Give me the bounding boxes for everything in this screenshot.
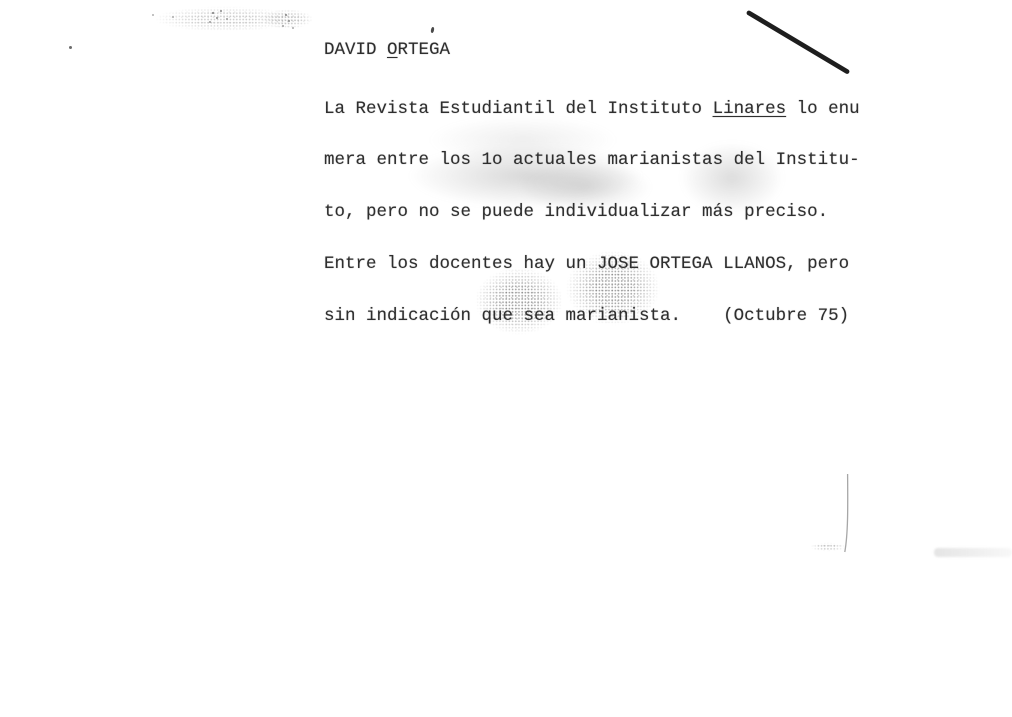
text-segment: DAVID	[324, 40, 387, 60]
document-paragraph: La Revista Estudiantil del Instituto Lin…	[324, 66, 860, 360]
text-segment-underlined: O	[387, 40, 398, 60]
text-segment: mera entre los 1o actuales marianistas d…	[324, 150, 860, 170]
typewritten-text-block: DAVID ORTEGA La Revista Estudiantil del …	[324, 41, 860, 360]
stray-ink-dot	[69, 46, 72, 49]
stray-ink-dots	[212, 12, 214, 14]
text-segment: lo enu	[786, 99, 860, 119]
stray-ink-mark	[430, 27, 434, 33]
text-segment: to, pero no se puede individualizar más …	[324, 202, 828, 222]
scan-edge-smudge	[934, 548, 1012, 557]
paragraph-line: mera entre los 1o actuales marianistas d…	[324, 152, 860, 169]
text-segment-underlined: Linares	[713, 99, 787, 119]
document-title: DAVID ORTEGA	[324, 41, 860, 59]
text-segment: La Revista Estudiantil del Instituto	[324, 99, 713, 119]
paragraph-line: Entre los docentes hay un JOSE ORTEGA LL…	[324, 256, 860, 273]
scanned-document-page: DAVID ORTEGA La Revista Estudiantil del …	[0, 0, 1012, 717]
paragraph-line: sin indicación que sea marianista. (Octu…	[324, 308, 860, 325]
text-segment: RTEGA	[398, 40, 451, 60]
text-segment: sin indicación que sea marianista. (Octu…	[324, 306, 849, 326]
speckle-smudge	[252, 6, 322, 32]
paragraph-line: La Revista Estudiantil del Instituto Lin…	[324, 101, 860, 118]
text-segment: Entre los docentes hay un JOSE ORTEGA LL…	[324, 254, 849, 274]
paragraph-line: to, pero no se puede individualizar más …	[324, 204, 860, 221]
speckle-smudge	[804, 541, 852, 553]
